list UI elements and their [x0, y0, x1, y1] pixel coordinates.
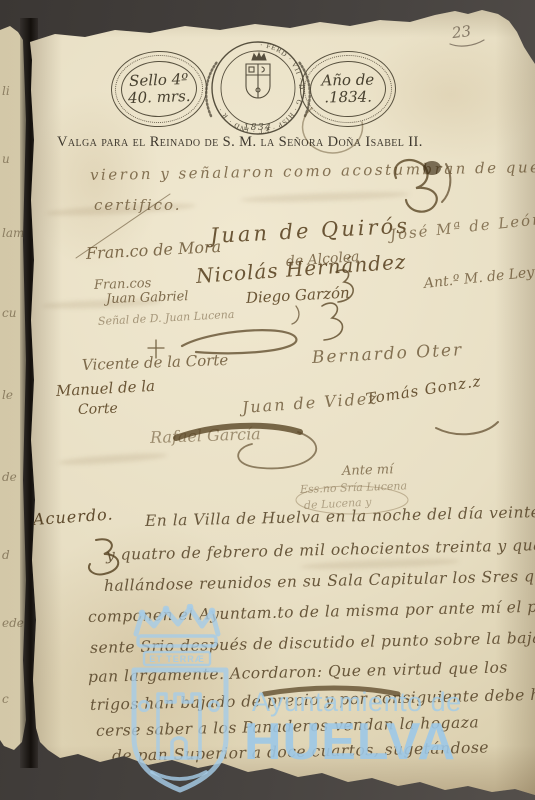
ink-bleed-through [240, 190, 410, 204]
signature: Juan Gabriel [106, 289, 189, 307]
rubric-flourish [182, 330, 296, 353]
crown-icon [136, 608, 218, 634]
crown-icon [252, 53, 266, 60]
watermark-motto: ET TERRÆ [149, 654, 205, 664]
signature: Fran.co de Mora [86, 237, 222, 263]
royal-seal: · FERD · VII · D · G · HISP · ET · IND ·… [191, 38, 325, 138]
signature: Juan de Quirós [209, 214, 410, 248]
gutter-fragment: cu [2, 306, 16, 320]
tax-stamp-value-line2: 40. mrs. [128, 88, 191, 107]
gutter-fragment: de [2, 470, 17, 484]
castle-tower-icon [158, 694, 200, 758]
archive-photo-frame: li u lam cu le de d ede c 23 Sello 4º 40… [0, 0, 535, 800]
body-line: y quatro de febrero de mil ochocientos t… [106, 536, 535, 564]
closing-line: vieron y señalaron como acostumbran de q… [90, 158, 535, 184]
shield-icon [134, 670, 226, 790]
watermark-text-huelva: HUELVA [244, 712, 456, 772]
gutter-fragment: c [2, 692, 9, 706]
signature: Señal de D. Juan Lucena [98, 308, 235, 328]
page-number: 23 [451, 22, 472, 42]
ante-mi-note: Ante mí [342, 462, 394, 479]
gutter-fragment: li [2, 84, 10, 98]
gutter-fragment: d [2, 548, 10, 562]
signature: Rafael García [150, 424, 261, 447]
svg-text:· FERD · VII · D · G · HISP ·: · FERD · VII · D · G · HISP · ET · IND ·… [216, 41, 305, 135]
ink-bleed-through [58, 451, 168, 467]
body-line: hallándose reunidos en su Sala Capitular… [104, 567, 535, 595]
gutter-fragment: le [2, 388, 13, 402]
signature: Juan de Videz [241, 388, 379, 417]
printed-validation-line: Valga para el Reinado de S. M. la Señora… [57, 134, 423, 151]
huelva-crest-watermark: ET TERRÆ [114, 604, 246, 800]
margin-note-acuerdo: Acuerdo. [32, 504, 114, 529]
signature: Vicente de la Corte [82, 351, 229, 374]
signature: Corte [78, 401, 118, 418]
signature: José Mª de León [389, 210, 535, 244]
year-stamp-line2: .1834. [324, 89, 372, 107]
coat-of-arms-icon [246, 64, 270, 98]
body-line: En la Villa de Huelva en la noche del dí… [145, 503, 535, 530]
signature: Tomás Gonz.z [365, 372, 483, 408]
signature: Manuel de la [56, 377, 156, 400]
signature: Bernardo Oter [311, 340, 463, 368]
closing-line: certifico. [94, 196, 182, 214]
gutter-fragment: u [2, 152, 10, 166]
seal-legend: · FERD · VII · D · G · HISP · ET · IND ·… [216, 41, 305, 135]
manuscript-page: 23 Sello 4º 40. mrs. Año de .1834. [0, 0, 535, 800]
notary-note: Ess.no Sría Lucena [300, 479, 407, 496]
signature: Ant.º M. de Leyva [423, 263, 535, 292]
rubric-flourish [322, 303, 342, 340]
signature: Diego Garzón [246, 284, 351, 307]
seal-year: 1834 [244, 123, 273, 133]
